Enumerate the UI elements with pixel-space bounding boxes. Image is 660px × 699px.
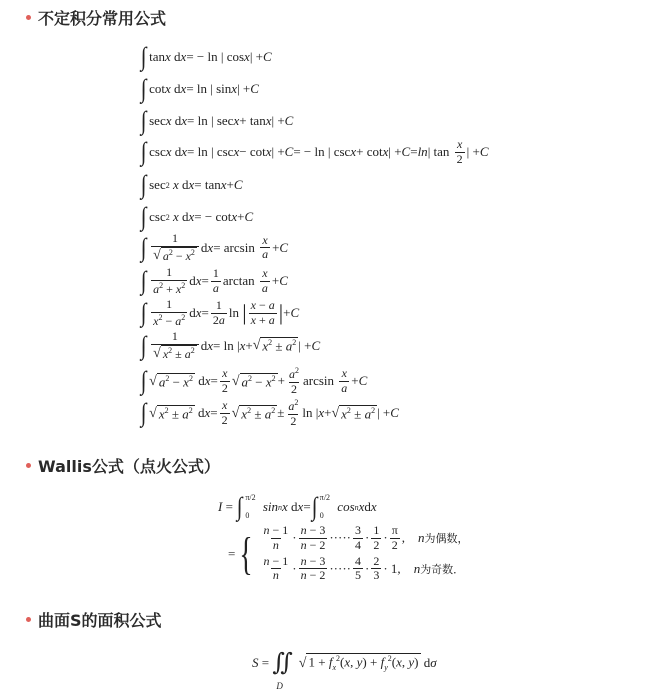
bullet-icon bbox=[26, 617, 31, 622]
bullet-icon bbox=[26, 463, 31, 468]
formula-ln-sqrt: ∫1√x2 ± a2dx = ln |x + √x2 ± a2| + C bbox=[140, 330, 320, 362]
formula-csc2: ∫csc2 x dx = − cot x + C bbox=[140, 204, 253, 230]
wallis-integral: I = ∫π/20 sinnx dx = ∫π/20 cosnxdx bbox=[218, 494, 377, 520]
formula-sqrt-a2-x2: ∫√a2 − x2 dx = x2√a2 − x2 + a22arcsin xa… bbox=[140, 366, 367, 397]
formula-sec: ∫sec x dx = ln | sec x + tan x| + C bbox=[140, 108, 293, 134]
formula-csc: ∫csc x dx = ln | csc x − cot x| + C = − … bbox=[140, 138, 489, 167]
section-heading-surface-area: 曲面S的面积公式 bbox=[24, 608, 162, 631]
formula-ln-ratio: ∫1x2 − a2dx = 12aln |x − ax + a| + C bbox=[140, 298, 299, 329]
heading-text: 不定积分常用公式 bbox=[38, 6, 166, 29]
formula-cot: ∫cot x dx = ln | sin x| + C bbox=[140, 76, 259, 102]
formula-sqrt-x2-a2: ∫√x2 ± a2 dx = x2√x2 ± a2 ± a22ln |x + √… bbox=[140, 398, 399, 429]
formula-sec2: ∫sec2 x dx = tan x + C bbox=[140, 172, 243, 198]
formula-arctan: ∫1a2 + x2dx = 1aarctan xa + C bbox=[140, 266, 288, 297]
heading-text: Wallis公式（点火公式） bbox=[38, 454, 220, 477]
wallis-case-even: n − 1n·n − 3n − 2·····34·12·π2, n为偶数， bbox=[259, 524, 468, 553]
bullet-icon bbox=[26, 15, 31, 20]
section-heading-indefinite-integrals: 不定积分常用公式 bbox=[24, 6, 166, 29]
formula-arcsin: ∫1√a2 − x2dx = arcsin xa + C bbox=[140, 232, 288, 264]
section-heading-wallis: Wallis公式（点火公式） bbox=[24, 454, 220, 477]
heading-text: 曲面S的面积公式 bbox=[38, 608, 162, 631]
formula-surface-area: S = ∬D√1 + fx2(x, y) + fy2(x, y) dσ bbox=[252, 648, 437, 677]
wallis-cases: ={ n − 1n·n − 3n − 2·····34·12·π2, n为偶数，… bbox=[228, 524, 469, 583]
formula-tan: ∫tan x dx = − ln | cos x| + C bbox=[140, 44, 272, 70]
wallis-case-odd: n − 1n·n − 3n − 2·····45·23· 1, n为奇数． bbox=[259, 555, 468, 584]
